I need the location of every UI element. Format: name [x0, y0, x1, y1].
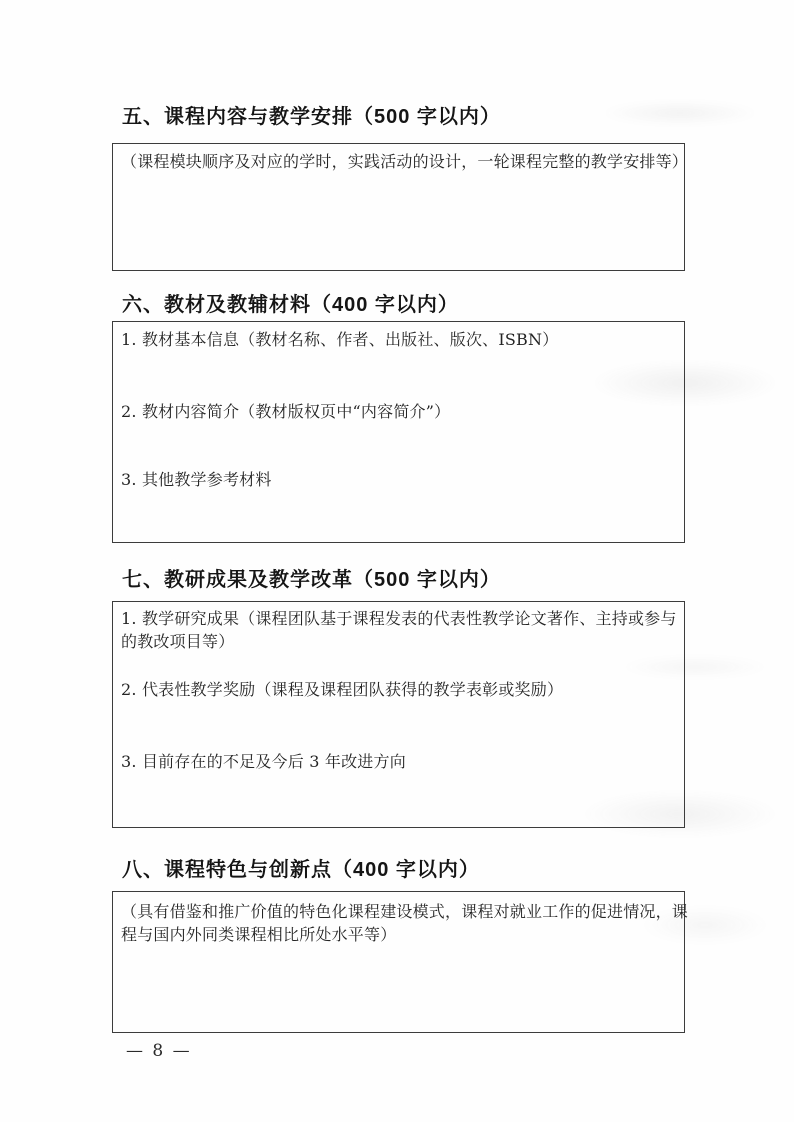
section-heading-8: 八、课程特色与创新点（400 字以内） [122, 857, 685, 883]
section-heading-7: 七、教研成果及教学改革（500 字以内） [122, 567, 685, 593]
box-hint-text: 程与国内外同类课程相比所处水平等） [121, 923, 676, 946]
box-item-text: 2. 教材内容简介（教材版权页中“内容简介”） [121, 400, 676, 423]
section-box-6: 1. 教材基本信息（教材名称、作者、出版社、版次、ISBN） 2. 教材内容简介… [112, 321, 685, 543]
box-hint-text: （具有借鉴和推广价值的特色化课程建设模式，课程对就业工作的促进情况，课 [121, 900, 676, 923]
box-item: 3. 目前存在的不足及今后 3 年改进方向 [121, 750, 676, 773]
section-course-features: 八、课程特色与创新点（400 字以内） （具有借鉴和推广价值的特色化课程建设模式… [112, 857, 685, 1033]
section-box-8: （具有借鉴和推广价值的特色化课程建设模式，课程对就业工作的促进情况，课 程与国内… [112, 891, 685, 1033]
document-page: 五、课程内容与教学安排（500 字以内） （课程模块顺序及对应的学时，实践活动的… [0, 0, 794, 1122]
box-item-text: 2. 代表性教学奖励（课程及课程团队获得的教学表彰或奖励） [121, 678, 676, 701]
section-course-content: 五、课程内容与教学安排（500 字以内） （课程模块顺序及对应的学时，实践活动的… [112, 104, 685, 271]
box-item: 2. 教材内容简介（教材版权页中“内容简介”） [121, 400, 676, 423]
box-item-text: 1. 教学研究成果（课程团队基于课程发表的代表性教学论文著作、主持或参与 [121, 607, 676, 630]
section-teaching-materials: 六、教材及教辅材料（400 字以内） 1. 教材基本信息（教材名称、作者、出版社… [112, 292, 685, 543]
box-item: 3. 其他教学参考材料 [121, 468, 676, 491]
section-teaching-research: 七、教研成果及教学改革（500 字以内） 1. 教学研究成果（课程团队基于课程发… [112, 567, 685, 828]
box-item: 1. 教材基本信息（教材名称、作者、出版社、版次、ISBN） [121, 328, 676, 351]
form-content: 五、课程内容与教学安排（500 字以内） （课程模块顺序及对应的学时，实践活动的… [112, 0, 685, 1061]
box-hint-text: （课程模块顺序及对应的学时，实践活动的设计，一轮课程完整的教学安排等） [121, 150, 676, 173]
box-item-text: 3. 其他教学参考材料 [121, 468, 676, 491]
box-item-text: 1. 教材基本信息（教材名称、作者、出版社、版次、ISBN） [121, 328, 676, 351]
section-heading-6: 六、教材及教辅材料（400 字以内） [122, 292, 685, 318]
section-box-7: 1. 教学研究成果（课程团队基于课程发表的代表性教学论文著作、主持或参与 的教改… [112, 601, 685, 828]
box-item: 2. 代表性教学奖励（课程及课程团队获得的教学表彰或奖励） [121, 678, 676, 701]
section-box-5: （课程模块顺序及对应的学时，实践活动的设计，一轮课程完整的教学安排等） [112, 143, 685, 271]
section-heading-5: 五、课程内容与教学安排（500 字以内） [122, 104, 685, 130]
box-item-text: 的教改项目等） [121, 630, 676, 653]
page-number: — 8 — [126, 1041, 685, 1061]
box-item-text: 3. 目前存在的不足及今后 3 年改进方向 [121, 750, 676, 773]
box-item: 1. 教学研究成果（课程团队基于课程发表的代表性教学论文著作、主持或参与 的教改… [121, 607, 676, 653]
